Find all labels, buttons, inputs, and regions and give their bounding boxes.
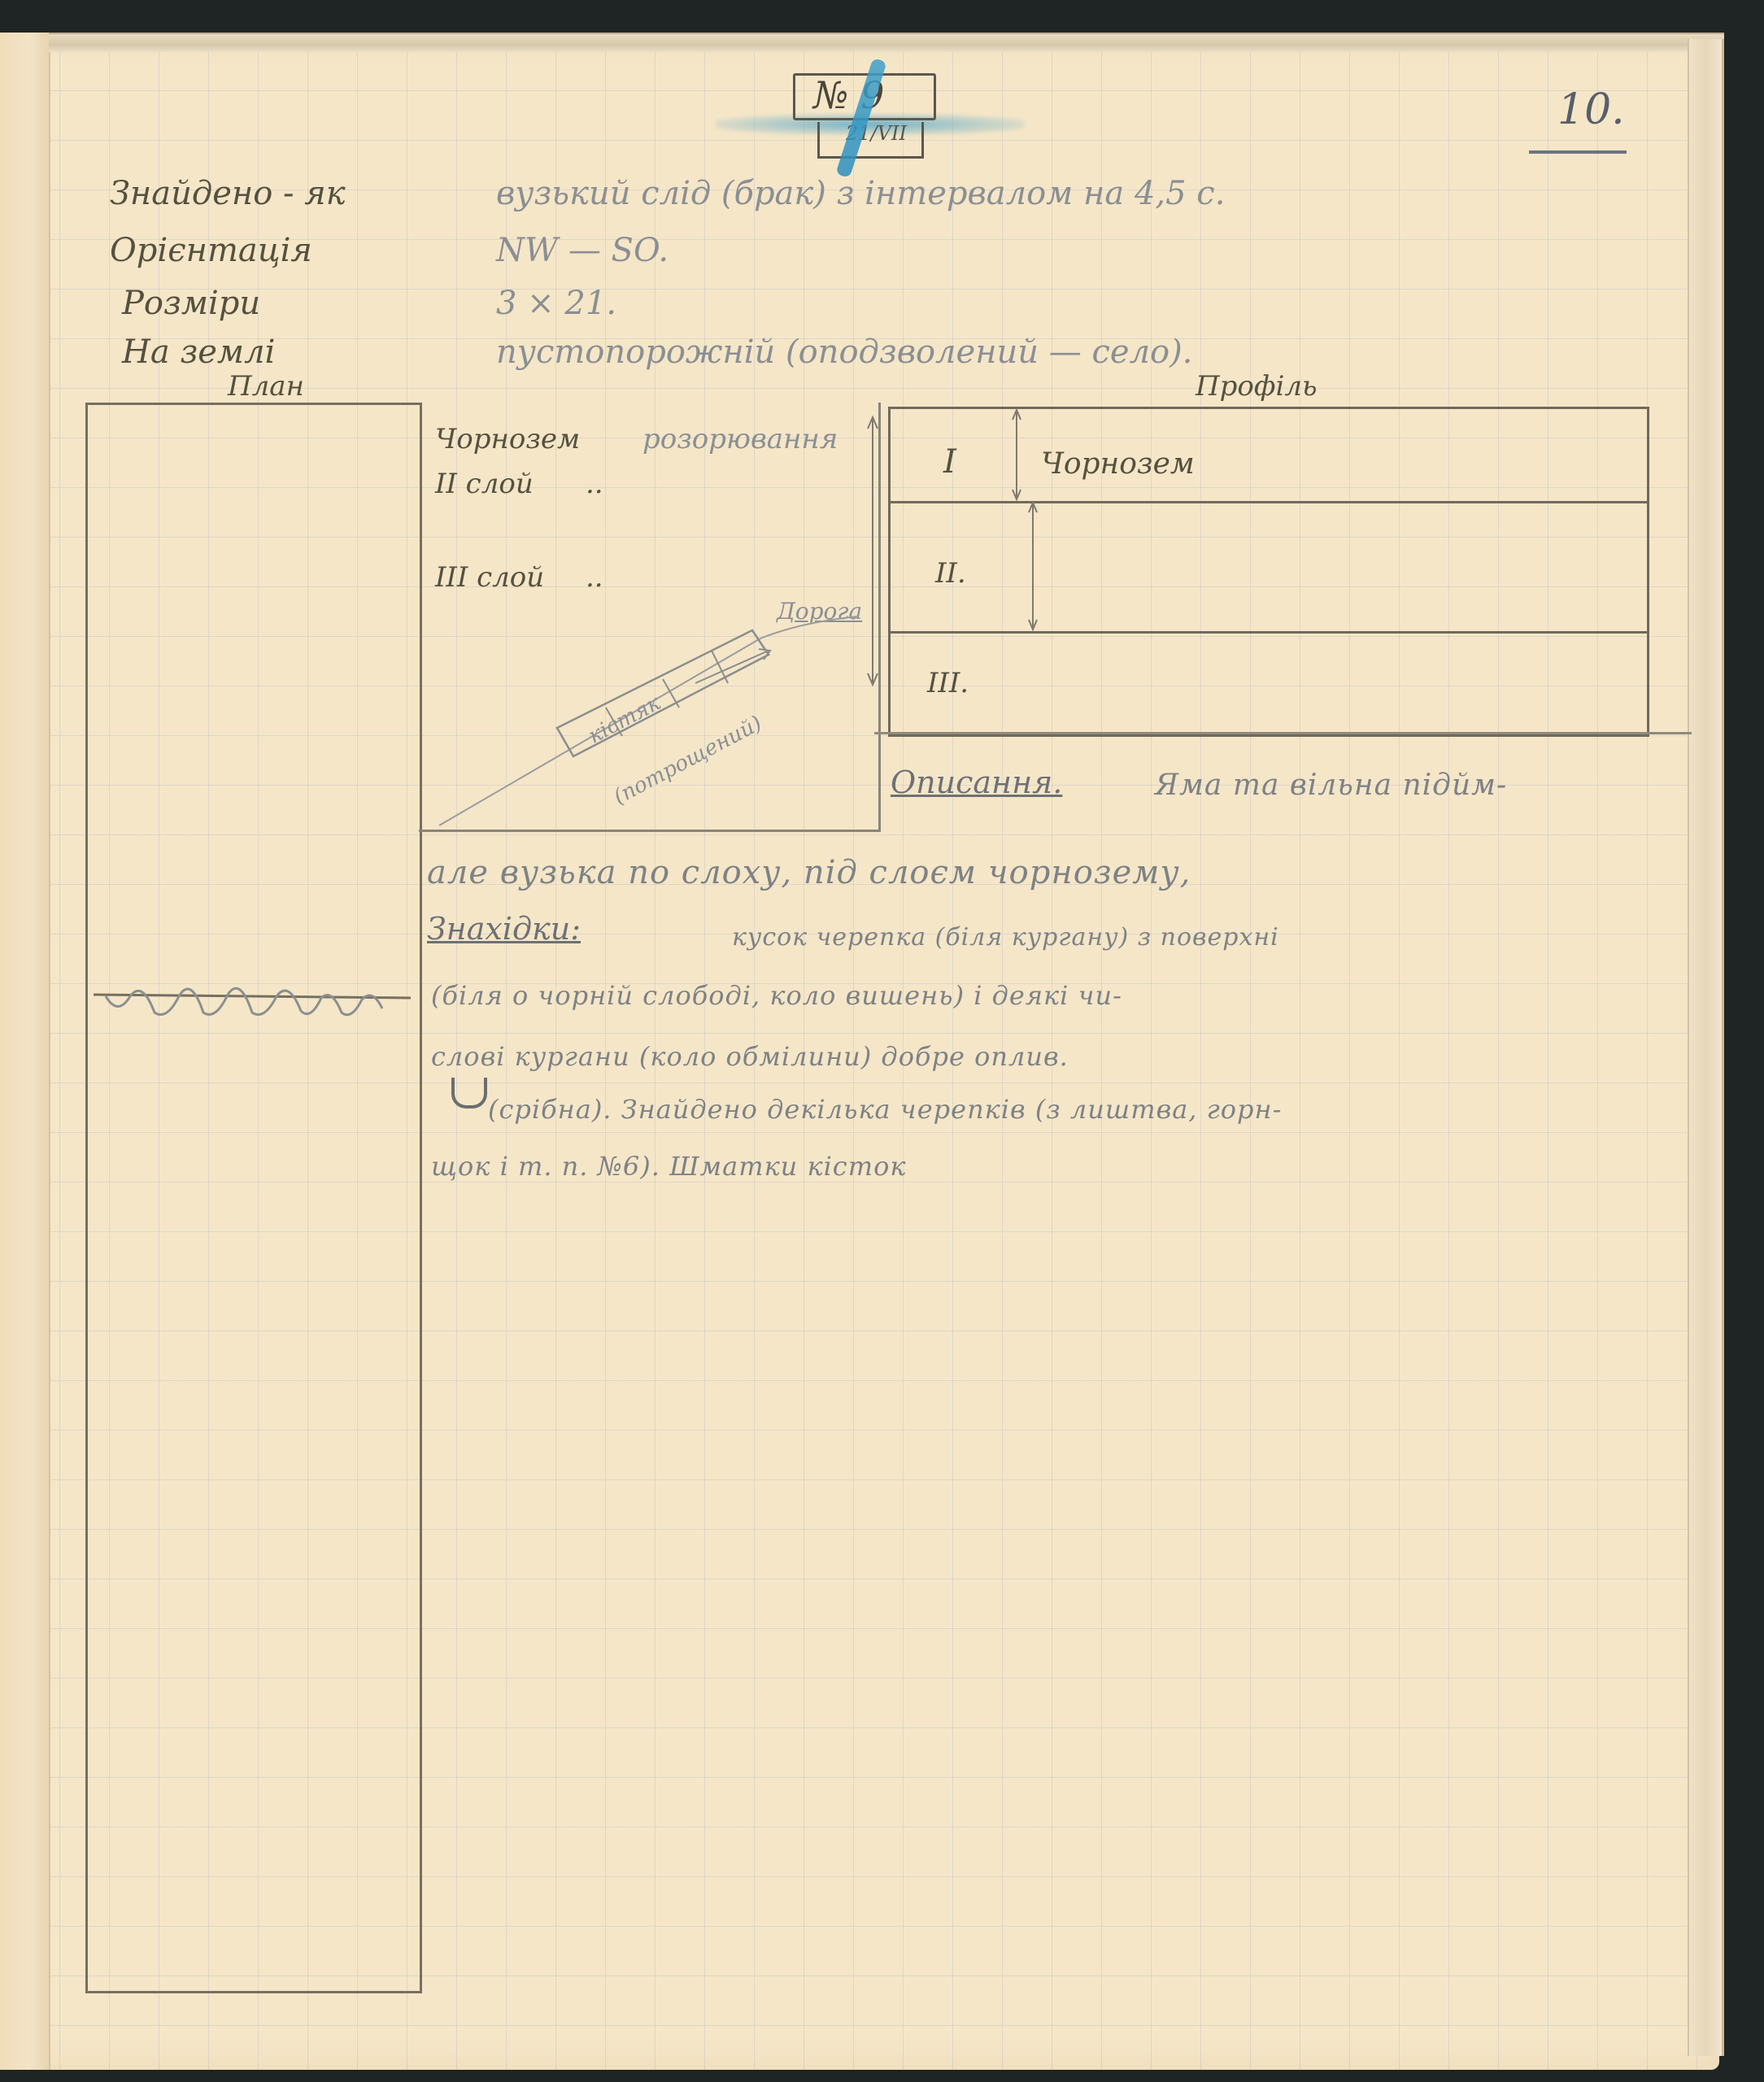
plan-title: План — [228, 370, 304, 403]
stratum-1-text: Чорнозем — [1041, 447, 1195, 481]
description-line-2: але вузька по слоху, під слоєм чорнозему… — [427, 854, 1191, 891]
finds-line-5: щок і т. п. №6). Шматки кісток — [431, 1151, 906, 1182]
page-top-edge — [49, 33, 1724, 52]
strata-arrows — [888, 407, 1644, 732]
page-stack-edge — [1688, 39, 1724, 2056]
field-label-surface: На землі — [122, 333, 275, 371]
strata-bottom-rule — [874, 732, 1692, 734]
finds-line-1: кусок черепка (біля кургану) з поверхні — [732, 923, 1279, 952]
field-label-orientation: Орієнтація — [110, 232, 312, 269]
field-value-found: вузький слід (брак) з інтервалом на 4,5 … — [496, 175, 1225, 212]
field-value-dimensions: 3 × 21. — [496, 285, 616, 322]
stratum-1-numeral: I — [943, 443, 956, 481]
field-value-orientation: NW — SO. — [496, 232, 669, 269]
vessel-sketch-icon — [451, 1078, 487, 1109]
plan-diagram-box — [85, 403, 422, 1993]
field-value-surface: пустопорожній (оподзволений — село). — [496, 333, 1192, 371]
finds-heading: Знахідки: — [427, 911, 581, 947]
wavy-line-icon — [89, 988, 415, 1021]
description-line-1: Яма та вільна підйм- — [1155, 769, 1507, 802]
description-heading: Описання. — [891, 764, 1062, 800]
page-number-underline — [1529, 150, 1627, 154]
strata-title: Профіль — [1196, 370, 1318, 403]
finds-line-4: (срібна). Знайдено декілька черепків (з … — [488, 1094, 1282, 1125]
field-label-found: Знайдено - як — [110, 175, 346, 212]
page-number: 10. — [1557, 85, 1625, 134]
notebook-spine — [0, 33, 50, 2070]
finds-line-2: (біля о чорній слободі, коло вишень) і д… — [431, 980, 1122, 1011]
stratum-3-numeral: III. — [927, 667, 969, 699]
field-label-dimensions: Розміри — [122, 285, 260, 322]
stratum-2-numeral: II. — [935, 557, 966, 590]
finds-line-3: слові кургани (коло обмілини) добре опли… — [431, 1041, 1069, 1072]
